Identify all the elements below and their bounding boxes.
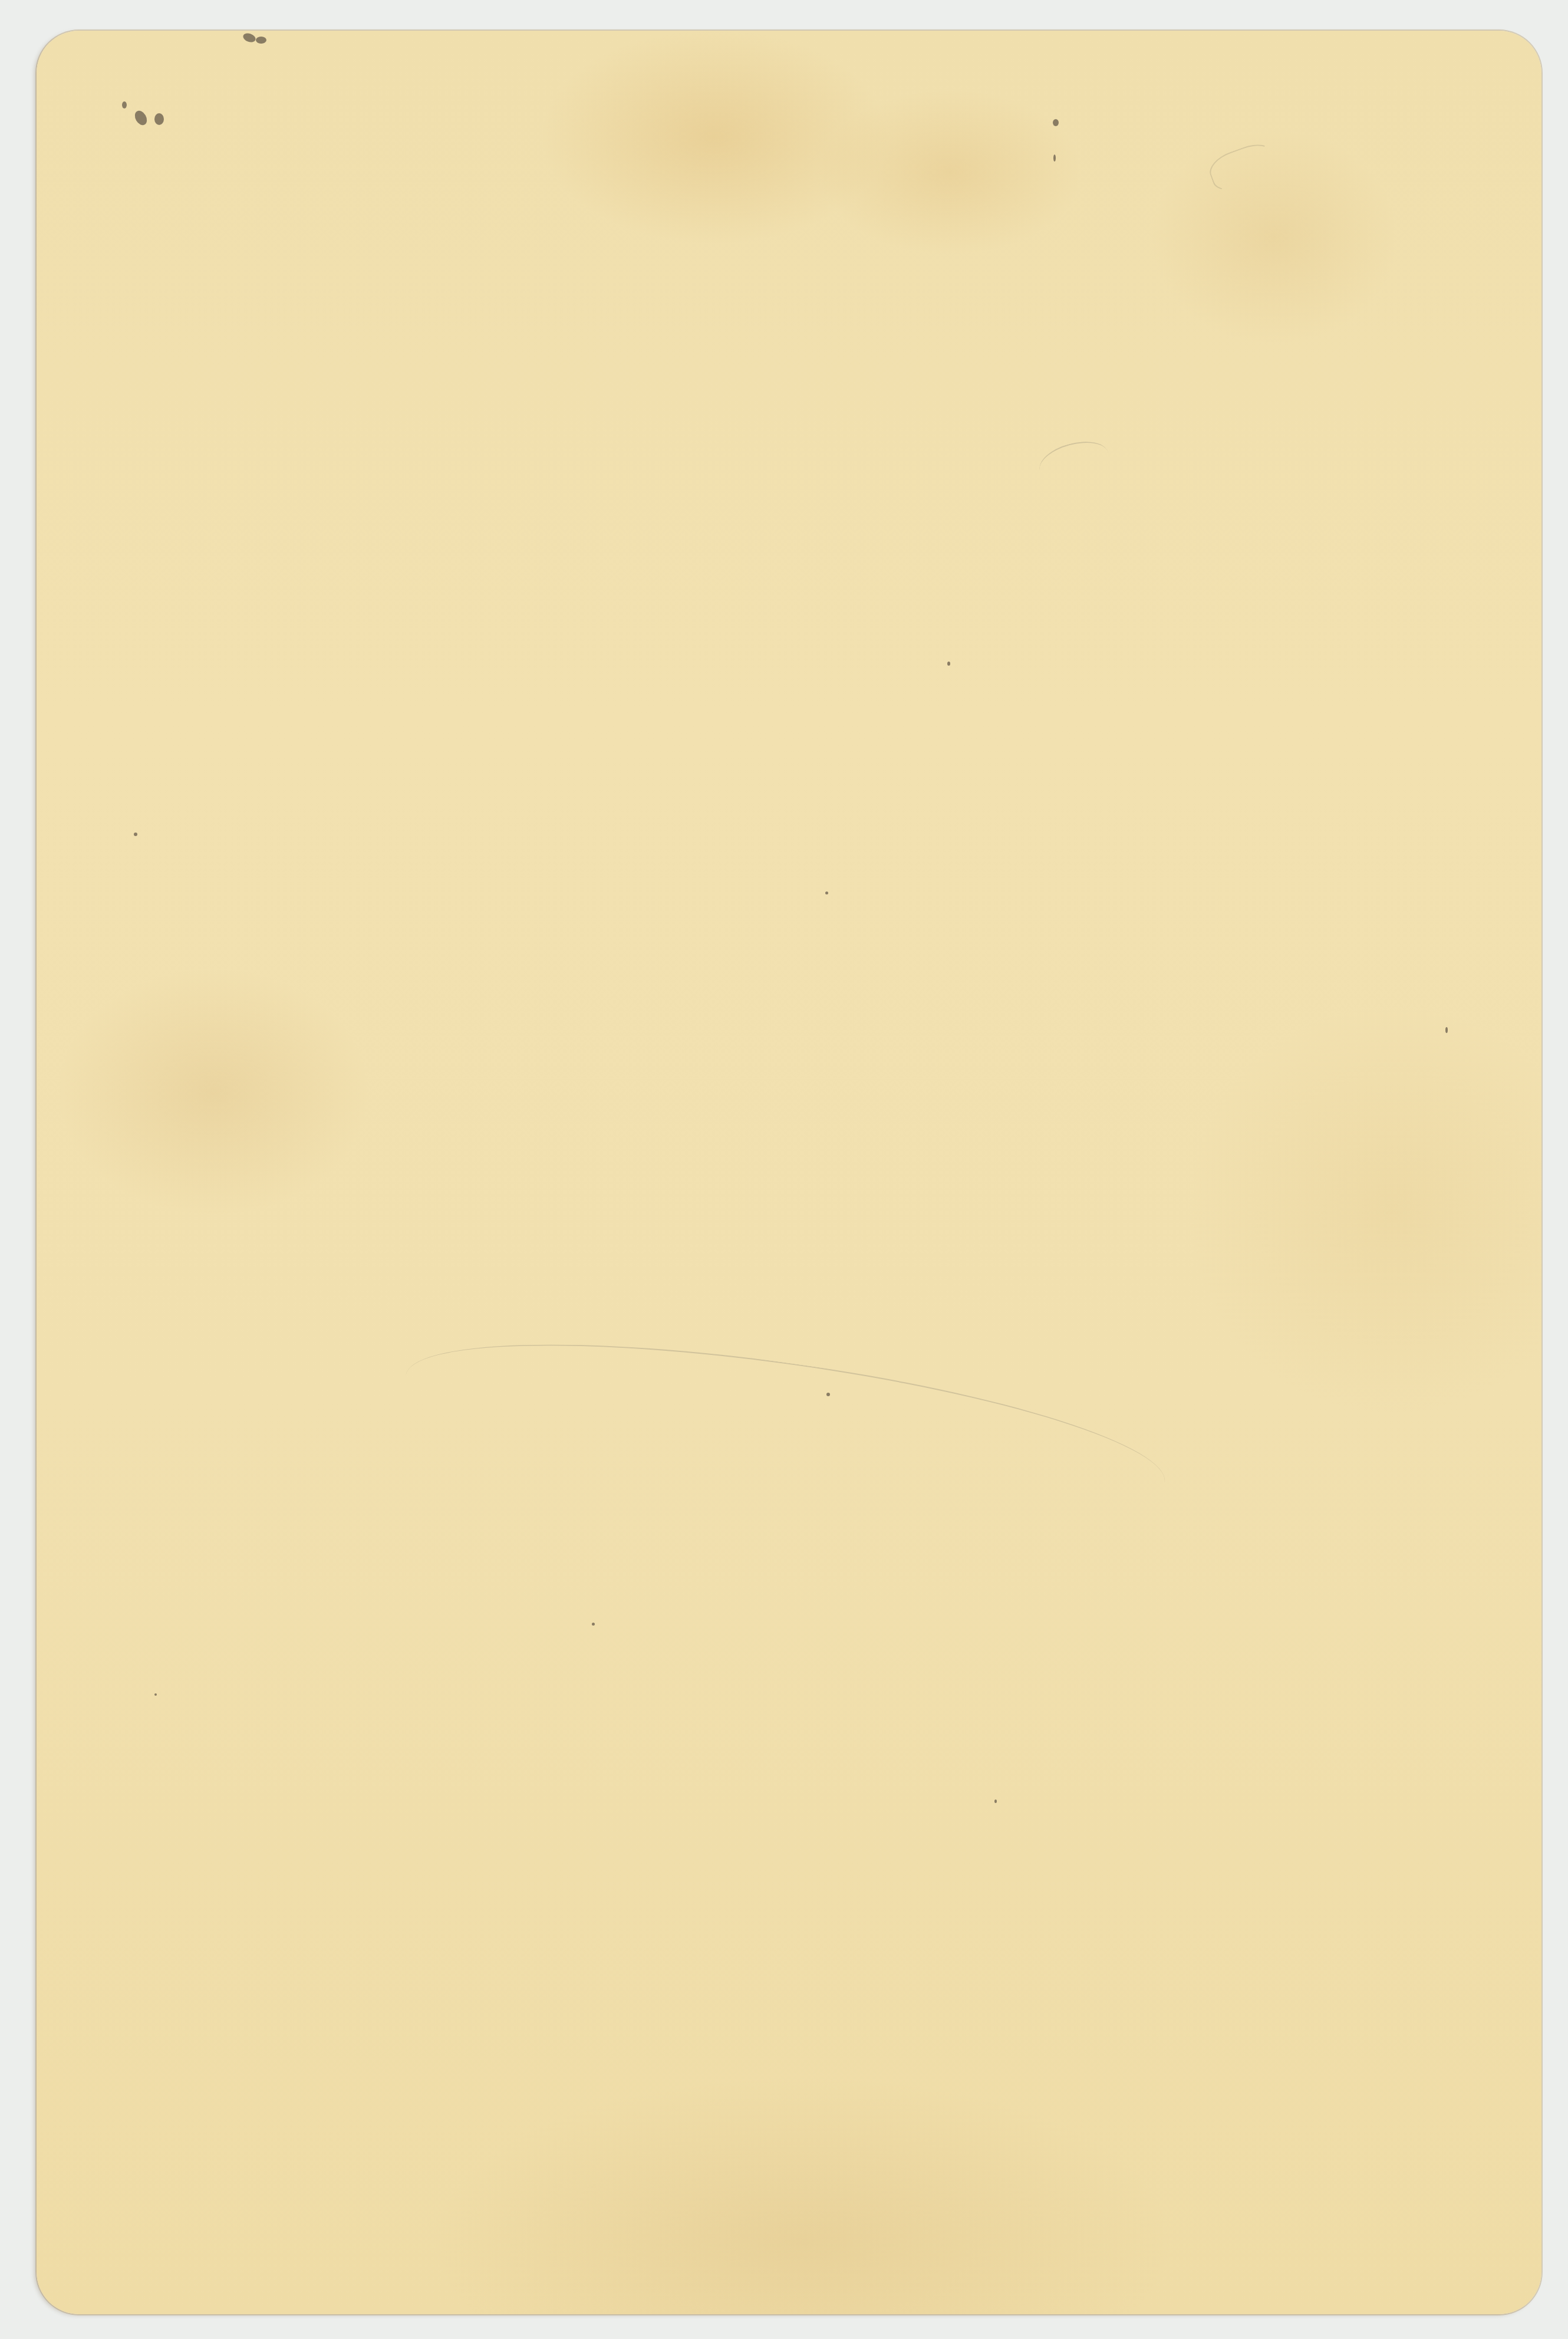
ink-speck bbox=[592, 1623, 595, 1626]
ink-speck bbox=[1445, 1027, 1448, 1033]
ink-speck bbox=[154, 1693, 157, 1696]
ink-speck bbox=[134, 833, 137, 836]
blank-card bbox=[37, 31, 1541, 2314]
scratch-mark bbox=[1035, 435, 1113, 489]
ink-speck bbox=[994, 1800, 997, 1803]
ink-speck bbox=[154, 113, 164, 125]
ink-speck bbox=[1053, 119, 1059, 126]
ink-speck bbox=[256, 37, 266, 44]
ink-speck bbox=[133, 108, 150, 127]
ink-speck bbox=[122, 101, 127, 108]
ink-speck bbox=[825, 891, 828, 894]
ink-speck bbox=[1053, 154, 1056, 162]
ink-speck bbox=[242, 32, 256, 44]
ink-speck bbox=[947, 662, 950, 666]
faint-pencil-mark bbox=[1205, 138, 1281, 196]
scratch-mark bbox=[397, 1311, 1174, 1547]
